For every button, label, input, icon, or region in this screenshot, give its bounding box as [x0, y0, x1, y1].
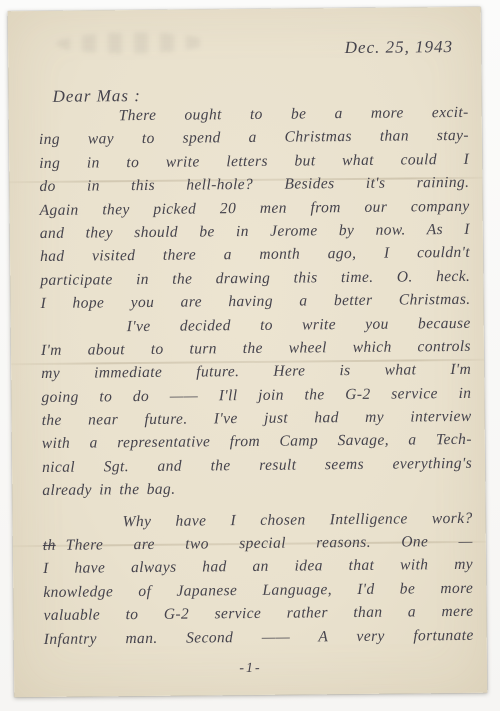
pencil-smudge — [56, 31, 206, 54]
letter-line: I hope you are having a better Christmas… — [40, 288, 470, 316]
letter-line: do in this hell-hole? Besides it's raini… — [39, 171, 469, 199]
letter-paper: Dec. 25, 1943 Dear Mas : There ought to … — [8, 7, 488, 698]
letter-date: Dec. 25, 1943 — [345, 37, 454, 58]
scanned-letter-image: Dec. 25, 1943 Dear Mas : There ought to … — [0, 0, 500, 711]
letter-line: valuable to G-2 service rather than a me… — [43, 600, 473, 628]
letter-body: There ought to be a more excit-ing way t… — [39, 101, 474, 651]
letter-line: already in the bag. — [42, 475, 472, 503]
letter-line: Infantry man. Second —— A very fortunate — [44, 623, 474, 651]
letter-line: nical Sgt. and the result seems everythi… — [42, 452, 472, 480]
struck-out-text: th — [43, 537, 56, 554]
page-number: -1- — [14, 659, 487, 680]
